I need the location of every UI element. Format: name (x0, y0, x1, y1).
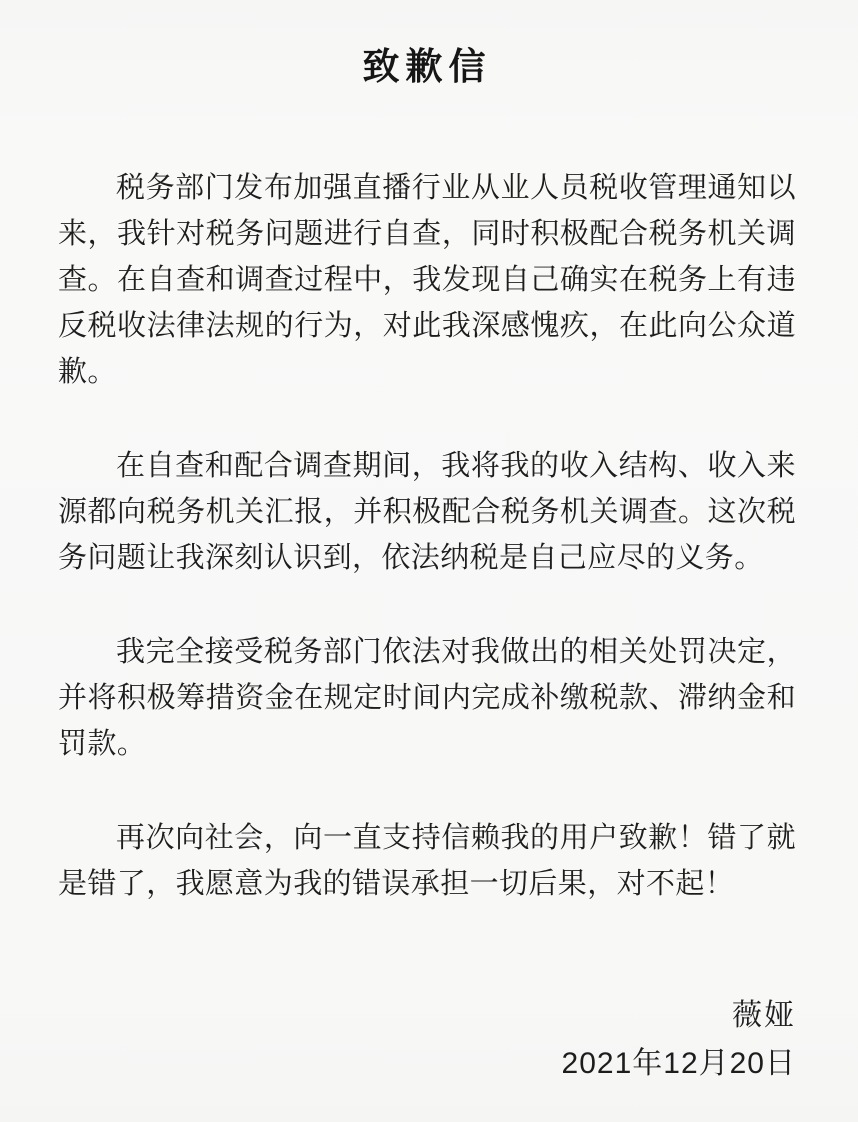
page-title: 致歉信 (58, 48, 796, 85)
apology-letter-page: 致歉信 税务部门发布加强直播行业从业人员税收管理通知以来，我针对税务问题进行自查… (0, 0, 858, 1122)
paragraph-2: 在自查和配合调查期间，我将我的收入结构、收入来源都向税务机关汇报，并积极配合税务… (58, 443, 796, 581)
paragraph-4: 再次向社会，向一直支持信赖我的用户致歉！错了就是错了，我愿意为我的错误承担一切后… (58, 815, 796, 907)
paragraph-3: 我完全接受税务部门依法对我做出的相关处罚决定，并将积极筹措资金在规定时间内完成补… (58, 629, 796, 767)
signature-block: 薇娅 2021年12月20日 (58, 992, 796, 1088)
signature-date: 2021年12月20日 (58, 1040, 796, 1088)
signature-name: 薇娅 (58, 992, 796, 1040)
paragraph-1: 税务部门发布加强直播行业从业人员税收管理通知以来，我针对税务问题进行自查，同时积… (58, 165, 796, 395)
